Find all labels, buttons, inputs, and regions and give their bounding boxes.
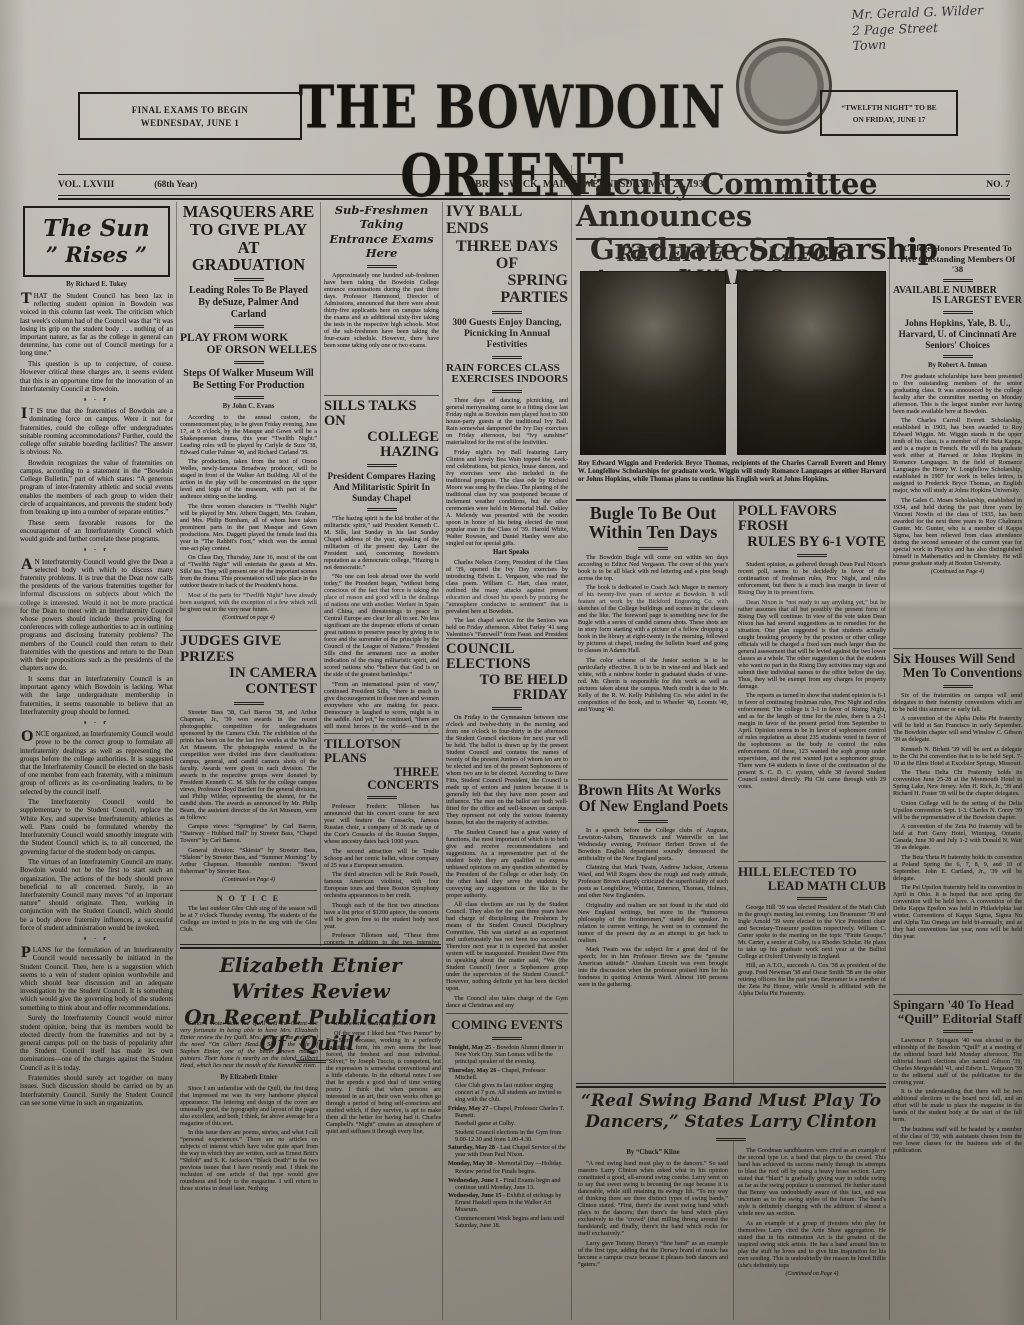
paragraph: Campus views: “Springtime” by Carl Barro… (180, 823, 317, 844)
paragraph: (Continued on Page 4) (180, 877, 317, 884)
column-rule (320, 1014, 321, 1320)
headline-line: POLL FAVORS FROSH (738, 504, 886, 535)
paragraph: It seems that an Interfraternity Council… (20, 675, 173, 716)
headline-line: Entrance Exams Here (324, 232, 439, 261)
paragraph: AN Interfraternity Council would give th… (20, 558, 173, 673)
article-larry-clinton-swing: “Real Swing Band Must Play To Dancers,” … (576, 1091, 886, 1320)
subhead-line: EXERCISES INDOORS (446, 374, 568, 386)
headline-line: Brown Hits At Works (578, 783, 728, 799)
column-rule (176, 202, 177, 1320)
headline: Spingarn '40 To Head “Quill” Editorial S… (893, 998, 1022, 1026)
paragraph: The third attraction will be Ruth Possel… (324, 871, 439, 899)
notice-body: The last outdoor Glee Club sing of the s… (180, 905, 317, 936)
paragraph: The last chapel service for the Seniors … (446, 617, 568, 636)
divider (943, 355, 973, 358)
paragraph: The second attraction will be Trudie Sch… (324, 848, 439, 869)
headline: Bugle To Be Out Within Ten Days (578, 504, 728, 543)
paragraph: Friday, May 27 - Chapel, Professor Charl… (446, 1105, 568, 1119)
paragraph: in between is nearly as good. (326, 1020, 441, 1027)
portrait-photo-wiggin (580, 271, 726, 455)
divider (234, 396, 264, 399)
article-the-sun-rises: The Sun ” Rises ” By Richard E. Tukey TH… (20, 206, 173, 1298)
paragraph: It is the understanding that there will … (893, 1088, 1022, 1123)
byline: By “Chuck” Kline (578, 1149, 728, 1156)
paragraph: ONCE organized, an Interfraternity Counc… (20, 730, 173, 796)
paragraph: s - r (20, 719, 173, 727)
paragraph: On Friday in the Gymnasium between nine … (446, 714, 568, 826)
paragraph: Student opinion, as gathered through Dea… (738, 561, 886, 596)
subhead-line: OF ORSON WELLES (180, 344, 317, 356)
paragraph: The Council also takes charge of the Gym… (446, 995, 568, 1009)
divider (492, 311, 522, 314)
paragraph: As an example of a group of jivesters wh… (738, 1220, 886, 1269)
paragraph: s - r (20, 396, 173, 404)
paragraph: In this issue there are poems, stories, … (180, 1129, 318, 1192)
paragraph: Of the verse I liked best “Two Poems” by… (326, 1030, 441, 1135)
paragraph: According to the annual custom, the comm… (180, 414, 317, 456)
paragraph: Approximately one hundred sub-freshmen h… (324, 272, 439, 349)
divider (234, 361, 264, 364)
divider (716, 1138, 746, 1141)
article-body: Five graduate scholarships have been pre… (893, 373, 1022, 635)
paragraph: The Bowdoin Bugle will come out within t… (578, 554, 728, 582)
article-body: in between is nearly as good.Of the vers… (326, 1020, 441, 1137)
paragraph: Charles Nelson Corey, President of the C… (446, 559, 568, 615)
paragraph: Hill, an A.T.O., succeeds A. Cox '38 as … (738, 962, 886, 997)
divider (492, 1037, 522, 1040)
paragraph: All class elections are run by the Stude… (446, 901, 568, 992)
headline-line: “Quill” Editorial Staff (893, 1012, 1022, 1026)
headline: IVY BALL ENDS THREE DAYS OF SPRING PARTI… (446, 203, 568, 307)
headline-line: Of New England Poets (578, 799, 728, 815)
deck: College Honors Presented To Five Outstan… (895, 243, 1020, 275)
coming-events-title: COMING EVENTS (446, 1017, 568, 1033)
headline-line: COUNCIL ELECTIONS (446, 642, 568, 673)
paragraph: s - r (20, 935, 173, 943)
divider (797, 554, 827, 557)
article-body: Since I am unfamiliar with the Quill, th… (180, 1085, 318, 1195)
paragraph: Larry gave Tommy Dorsey's “fine band” as… (578, 1240, 728, 1268)
column-rule (889, 238, 890, 1320)
headline-line: SILLS TALKS ON (324, 399, 439, 430)
paragraph: “From an international point of view,” c… (324, 681, 439, 731)
divider (576, 238, 886, 240)
headline: HILL ELECTED TO LEAD MATH CLUB (738, 865, 886, 893)
divider (943, 685, 973, 688)
paragraph: (Continued on page 4) (180, 615, 317, 622)
article-body: The Bowdoin Bugle will come out within t… (578, 554, 728, 769)
subhead-line: PLAY FROM WORK (180, 332, 317, 344)
divider (797, 897, 827, 900)
paragraph: The business staff will be headed by a m… (893, 1126, 1022, 1154)
paragraph: Wednesday, June 15 - Exhibit of etchings… (446, 1192, 568, 1213)
paragraph: Surely the Interfraternity Council would… (20, 1014, 173, 1071)
paragraph: The production, taken from the text of O… (180, 458, 317, 500)
paragraph: Three days of dancing, picnicking, and g… (446, 397, 568, 446)
swing-column-right: The Goodman sandblasters were cited as a… (738, 1147, 886, 1317)
column-rule (733, 500, 734, 1085)
paragraph: The last outdoor Glee Club sing of the s… (180, 905, 317, 933)
column-rule (320, 202, 321, 946)
headline-line: TILLOTSON PLANS (324, 737, 439, 765)
title-line: The Sun (27, 215, 166, 242)
paragraph: Professor Frederic Tillotson has announc… (324, 803, 439, 845)
article-spingarn-quill: Spingarn '40 To Head “Quill” Editorial S… (893, 994, 1022, 1320)
paragraph: (Continued on Page 4) (738, 1271, 886, 1278)
paragraph: Dean Nixon is “not ready to say anything… (738, 599, 886, 690)
coming-events: COMING EVENTS Tonight, May 25 - Bowdoin … (446, 1013, 568, 1320)
headline: Sub-Freshmen Taking Entrance Exams Here (324, 203, 439, 261)
paragraph: Though each of the first two attractions… (324, 902, 439, 930)
ear-box-right: “TWELFTH NIGHT” TO BE ON FRIDAY, JUNE 17 (820, 90, 958, 136)
paragraph: This question is up to conjecture, of co… (20, 360, 173, 393)
headline-line: Elizabeth Etnier Writes Review (180, 952, 441, 1004)
paragraph: Union College will be the setting of the… (893, 800, 1022, 821)
deck: Steps Of Walker Museum Will Be Setting F… (182, 368, 315, 392)
article-hill-math-club: HILL ELECTED TO LEAD MATH CLUB George Hi… (738, 861, 886, 1083)
title-line: ” Rises ” (27, 242, 166, 267)
paragraph: Lawrence P. Spingarn '40 was elected to … (893, 1037, 1022, 1086)
ear-left-line: WEDNESDAY, JUNE 1 (80, 118, 300, 128)
paragraph: IT IS true that the fraternities of Bowd… (20, 407, 173, 456)
article-body: THAT the Student Council has been lax in… (20, 292, 173, 1282)
paragraph: Most of the parts for “Twelfth Night” ha… (180, 592, 317, 613)
headline: Six Houses Will Send Men To Conventions (893, 652, 1022, 681)
headline-line: COLLEGE HAZING (324, 430, 439, 461)
paragraph: s - r (20, 546, 173, 554)
portrait-photo-thomas (737, 271, 886, 455)
paragraph: Fraternities should surely act together … (20, 1074, 173, 1107)
byline: By Richard E. Tukey (20, 281, 173, 288)
paragraph: (Continued on Page 4) (893, 569, 1022, 576)
paragraph: “A real swing band must play to the danc… (578, 1160, 728, 1237)
paragraph: Baseball game at Colby. (446, 1120, 568, 1127)
paragraph: The Interfraternity Council would be sup… (20, 798, 173, 855)
divider (234, 325, 264, 328)
paragraph: The Goodman sandblasters were cited as a… (738, 1147, 886, 1217)
headline-line: Six Houses Will Send (893, 652, 1022, 666)
article-sub-freshmen: Sub-Freshmen Taking Entrance Exams Here … (324, 203, 439, 393)
paragraph: Monday, May 30 - Memorial Day —Holiday. (446, 1160, 568, 1167)
article-brown-poets: Brown Hits At Works Of New England Poets… (578, 779, 728, 1083)
headline-line: IN CAMERA CONTEST (180, 666, 317, 698)
ear-right-line: ON FRIDAY, JUNE 17 (822, 115, 956, 124)
paragraph: The Beta Theta Pi fraternity holds its c… (893, 854, 1022, 882)
paragraph: The virtues of an Interfraternity Counci… (20, 858, 173, 932)
paragraph: Friday night's Ivy Ball featuring Larry … (446, 449, 568, 547)
volume: VOL. LXVIII (58, 180, 114, 190)
subhead: PLAY FROM WORK OF ORSON WELLES (180, 332, 317, 356)
paragraph: Streeter Bass '38, Carl Barron '38, and … (180, 709, 317, 821)
paragraph: Student Council elections in the Gym fro… (446, 1129, 568, 1143)
ear-left-line: FINAL EXAMS TO BEGIN (80, 105, 300, 115)
paragraph: The three women characters in “Twelfth N… (180, 503, 317, 552)
deck: President Compares Hazing And Militarist… (326, 471, 437, 503)
paragraph: THAT the Student Council has been lax in… (20, 292, 173, 358)
headline-line: Within Ten Days (578, 523, 728, 542)
paragraph: The Galen C. Moses Scholarship, establis… (893, 497, 1022, 567)
headline: MASQUERS ARE TO GIVE PLAY AT GRADUATION (180, 203, 317, 274)
article-body: In a speech before the College clubs of … (578, 827, 728, 1077)
headline: “Real Swing Band Must Play To Dancers,” … (576, 1091, 886, 1134)
divider (367, 508, 397, 511)
article-sills-hazing: SILLS TALKS ON COLLEGE HAZING President … (324, 395, 439, 731)
headline-line: TO GIVE PLAY (180, 221, 317, 239)
divider (576, 499, 886, 501)
subhead: AVAILABLE NUMBER IS LARGEST EVER (893, 286, 1022, 307)
column-rule (733, 1140, 734, 1320)
headline-line: SPRING PARTIES (446, 272, 568, 307)
article-body: Six of the fraternities on campus will s… (893, 692, 1022, 980)
paragraph: Commencement Week begins and lasts until… (446, 1215, 568, 1229)
article-body: Lawrence P. Spingarn '40 was elected to … (893, 1037, 1022, 1307)
paragraph: Bowdoin recognizes the value of fraterni… (20, 459, 173, 516)
paragraph: The Student Council has a great variety … (446, 829, 568, 899)
paragraph: The color scheme of the Junior section i… (578, 657, 728, 713)
review-column-right: in between is nearly as good.Of the vers… (326, 1020, 441, 1320)
divider (638, 547, 668, 550)
byline: By Elizabeth Etnier (180, 1074, 318, 1081)
headline-line: LEAD MATH CLUB (738, 879, 886, 893)
divider (180, 947, 441, 949)
headline: Brown Hits At Works Of New England Poets (578, 783, 728, 816)
deck: Leading Roles To Be Played By deSuze, Pa… (182, 285, 315, 321)
paragraph: Kenneth N. Birkett '39 will be sent as d… (893, 746, 1022, 767)
paragraph: Hart Speaks (446, 549, 568, 556)
review-column-left: Editor's Note: Both the Quill and the Or… (180, 1020, 318, 1320)
divider (234, 702, 264, 705)
subhead-line: IS LARGEST EVER (893, 296, 1022, 307)
article-body: Approximately one hundred sub-freshmen h… (324, 272, 439, 394)
article-body: “A real swing band must play to the danc… (578, 1160, 728, 1270)
article-body: On Friday in the Gymnasium between nine … (446, 714, 568, 1011)
headline-line: Spingarn '40 To Head (893, 998, 1022, 1012)
headline: JUDGES GIVE PRIZES IN CAMERA CONTEST (180, 634, 317, 698)
paragraph: The Psi Upsilon fraternity held its conv… (893, 884, 1022, 940)
editors-note: Editor's Note: Both the Quill and the Or… (180, 1020, 318, 1072)
paragraph: On Class Day, Thursday, June 16, most of… (180, 554, 317, 589)
headline: COUNCIL ELECTIONS TO BE HELD FRIDAY (446, 642, 568, 703)
article-tillotson-concerts: TILLOTSON PLANS THREE CONCERTS Professor… (324, 733, 439, 946)
divider (576, 1086, 886, 1088)
paragraph: The Charles Carroll Everett Scholarship,… (893, 417, 1022, 494)
paragraph: Five graduate scholarships have been pre… (893, 373, 1022, 415)
paragraph: Saturday, May 28 - Last Chapel Service o… (446, 1144, 568, 1158)
paragraph: “The hazing spirit is the kid brother of… (324, 515, 439, 571)
deck: Johns Hopkins, Yale, B. U., Harvard, U. … (895, 318, 1020, 351)
deck: 300 Guests Enjoy Dancing, Picnicking In … (448, 318, 566, 352)
paragraph: The reports as turned in show that stude… (738, 692, 886, 790)
headline-line: THREE DAYS OF (446, 238, 568, 273)
column-rule (571, 165, 572, 1320)
handwritten-address: Mr. Gerald G. Wilder 2 Page Street Town (851, 1, 1023, 54)
article-council-elections: COUNCIL ELECTIONS TO BE HELD FRIDAY On F… (446, 638, 568, 1011)
paragraph: PLANS for the formulation of an Interfra… (20, 946, 173, 1012)
divider (943, 311, 973, 314)
paragraph: Editor's Note: Both the Quill and the Or… (180, 1020, 318, 1069)
paragraph: General division: “Skiesta” by Streeter … (180, 847, 317, 875)
article-body: Streeter Bass '38, Carl Barron '38, and … (180, 709, 317, 888)
ear-box-left: FINAL EXAMS TO BEGIN WEDNESDAY, JUNE 1 (78, 92, 302, 140)
divider (367, 464, 397, 467)
article-body: Student opinion, as gathered through Dea… (738, 561, 886, 859)
article-body: George Hill '39 was elected President of… (738, 904, 886, 1079)
headline-line: AT GRADUATION (180, 239, 317, 275)
headline-line: RULES BY 6-1 VOTE (738, 535, 886, 550)
article-etnier-review: Elizabeth Etnier Writes Review On Recent… (180, 952, 441, 1320)
paragraph: Claiming that Mark Twain, Andrew Jackson… (578, 864, 728, 899)
headline: TILLOTSON PLANS THREE CONCERTS (324, 737, 439, 792)
headline-line: HILL ELECTED TO (738, 865, 886, 879)
headline: SILLS TALKS ON COLLEGE HAZING (324, 399, 439, 460)
headline-line: Men To Conventions (893, 666, 1022, 680)
divider (492, 390, 522, 393)
article-scholarship-details: College Honors Presented To Five Outstan… (893, 240, 1022, 646)
paragraph: “No one can look abroad over the world t… (324, 573, 439, 678)
notice-box: N O T I C E The last outdoor Glee Club s… (180, 890, 317, 948)
divider (943, 279, 973, 282)
divider (492, 356, 522, 359)
notice-title: N O T I C E (180, 894, 317, 903)
headline: POLL FAVORS FROSH RULES BY 6-1 VOTE (738, 504, 886, 550)
paragraph: Since I am unfamiliar with the Quill, th… (180, 1085, 318, 1127)
paragraph: The Theta Delta Chi Fraternity holds its… (893, 769, 1022, 797)
byline: By John C. Evans (180, 403, 317, 410)
paragraph: Mark Twain was the subject for a great d… (578, 946, 728, 988)
headline-line: “Real Swing Band Must Play To (576, 1091, 886, 1112)
article-body: “The hazing spirit is the kid brother of… (324, 515, 439, 731)
article-bugle: Bugle To Be Out Within Ten Days The Bowd… (578, 504, 728, 776)
divider (576, 1083, 886, 1084)
paragraph: In a speech before the College clubs of … (578, 827, 728, 862)
paragraph: Wednesday, June 1 - Final Exams begin an… (446, 1177, 568, 1191)
swing-column-left: By “Chuck” Kline “A real swing band must… (578, 1147, 728, 1317)
divider (638, 820, 668, 823)
byline: By Robert A. Inman (893, 362, 1022, 369)
coming-events-list: Tonight, May 25 - Bowdoin Alumni dinner … (446, 1044, 568, 1314)
paragraph: Six of the fraternities on campus will s… (893, 692, 1022, 713)
paragraph: A convention of the Zeta Psi fraternity … (893, 823, 1022, 851)
divider (367, 796, 397, 799)
paragraph: Glee Club gives its last outdoor singing… (446, 1082, 568, 1103)
article-body: The Goodman sandblasters were cited as a… (738, 1147, 886, 1281)
paragraph: Tonight, May 25 - Bowdoin Alumni dinner … (446, 1044, 568, 1065)
divider (180, 944, 441, 945)
article-camera-contest: JUDGES GIVE PRIZES IN CAMERA CONTEST Str… (180, 630, 317, 888)
article-body: According to the annual custom, the comm… (180, 414, 317, 627)
article-ivy-ball: IVY BALL ENDS THREE DAYS OF SPRING PARTI… (446, 203, 568, 636)
divider (234, 278, 264, 281)
paragraph: A convention of the Alpha Delta Phi frat… (893, 715, 1022, 743)
subhead: RAIN FORCES CLASS EXERCISES INDOORS (446, 363, 568, 386)
ear-right-line: “TWELFTH NIGHT” TO BE (822, 103, 956, 112)
article-frosh-poll: POLL FAVORS FROSH RULES BY 6-1 VOTE Stud… (738, 504, 886, 859)
column-rule (442, 202, 443, 1320)
headline-line: JUDGES GIVE PRIZES (180, 634, 317, 666)
headline-line: Dancers,” States Larry Clinton (576, 1112, 886, 1133)
photo-caption: Roy Edward Wiggin and Frederick Bryce Th… (578, 460, 886, 497)
article-body: Professor Frederic Tillotson has announc… (324, 803, 439, 946)
headline-line: TO BE HELD FRIDAY (446, 673, 568, 704)
article-fraternity-conventions: Six Houses Will Send Men To Conventions … (893, 648, 1022, 990)
paragraph: Thursday, May 26 - Chapel, Professor Mit… (446, 1067, 568, 1081)
headline-line: Bugle To Be Out (578, 504, 728, 523)
divider (492, 707, 522, 710)
headline-line: THREE CONCERTS (324, 765, 439, 793)
paragraph: The book is dedicated to Coach Jack Mage… (578, 584, 728, 654)
paragraph: Review period for Finals begins. (446, 1168, 568, 1175)
article-masquers-play: MASQUERS ARE TO GIVE PLAY AT GRADUATION … (180, 203, 317, 627)
article-body: Three days of dancing, picnicking, and g… (446, 397, 568, 636)
divider (943, 1030, 973, 1033)
paragraph: Originality and realism are not found in… (578, 902, 728, 944)
sun-rises-title: The Sun ” Rises ” (23, 206, 170, 277)
paragraph: These seem favorable reasons for the enc… (20, 519, 173, 544)
year: (68th Year) (154, 179, 197, 189)
newspaper-front-page: Mr. Gerald G. Wilder 2 Page Street Town … (0, 0, 1024, 1325)
divider (367, 265, 397, 268)
paragraph: George Hill '39 was elected President of… (738, 904, 886, 960)
